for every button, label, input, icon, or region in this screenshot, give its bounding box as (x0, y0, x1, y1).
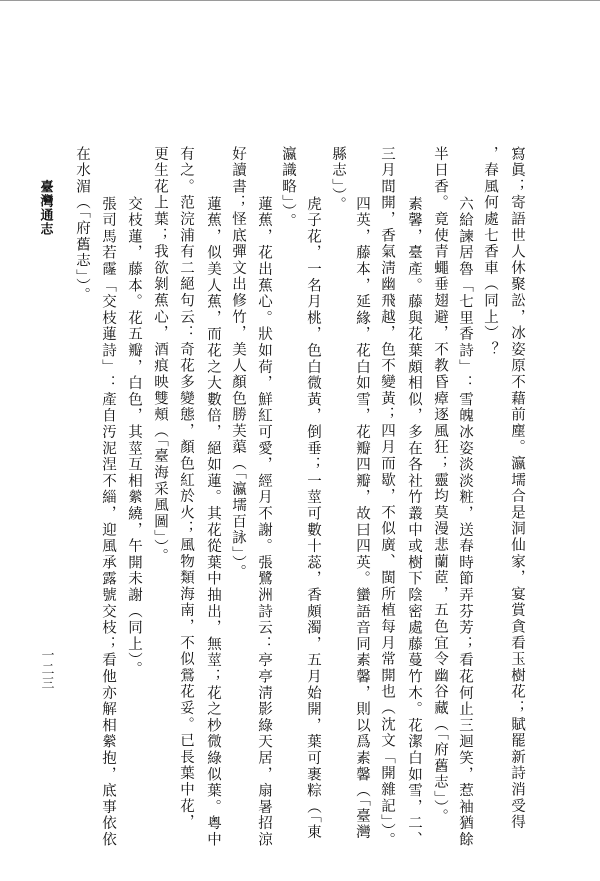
text-column: 好讀書；怪底彈文出修竹，美人顏色勝芙蕖（「瀛壖百詠」）。 (229, 146, 247, 581)
book-page: 臺灣通志 一二三 寫眞；寄語世人休聚訟，冰姿原不藉前塵。瀛壖合是洞仙家，宴賞貪看… (0, 0, 600, 881)
text-column: 寫眞；寄語世人休聚訟，冰姿原不藉前塵。瀛壖合是洞仙家，宴賞貪看玉樹花；賦罷新詩消… (508, 146, 526, 831)
text-column: 虎子花，一名月桃，色白微黃，倒垂；一莖可數十蕊，香頗濁，五月始開，葉可裹粽（「東 (304, 196, 322, 841)
page-number: 一二三 (37, 648, 56, 690)
text-column: 張司馬若霳「交枝蓮詩」：產自汚泥涅不緇，迎風承露號交枝；看他亦解相縈抱，底事依依 (99, 196, 117, 848)
text-column: 六給諫居魯「七里香詩」：雪魄冰姿淡淡粧，送春時節弄芬芳；看花何止三迴笑，惹袖猶餘 (456, 196, 474, 848)
text-column: 蓮蕉，似美人蕉，而花之大數倍，絕如蓮。其花從葉中抽出，無莖；花之杪微綠似葉。粵中 (204, 196, 222, 848)
text-column: 蓮蕉，花出蕉心。狀如荷，鮮紅可愛，經月不謝。張鷺洲詩云：亭亭淸影綠天居，扇暑招涼 (255, 196, 273, 848)
text-column: 縣志」）。 (329, 146, 347, 213)
text-column: ，春風何處七香車（同上）？ (481, 146, 499, 358)
text-column: 有之。范浣浦有二絕句云：奇花多變態，顏色紅於火；風物類海南，不似鶯花妥。已長葉中… (177, 146, 195, 831)
running-header: 臺灣通志 (36, 180, 55, 236)
text-column: 交枝蓮，藤本。花五瓣，白色，其莖互相縈繞，午開未謝（同上）。 (125, 196, 143, 678)
text-column: 四英，藤本，延緣，花白如雪，花瓣四瓣，故曰四英。蠻語音同素馨，則以爲素馨（「臺灣 (353, 196, 371, 841)
text-column: 三月間開，香氣淸幽飛越，色不變黃；四月而歇，不似廣、閩所植每月常開也（沈文「開雜… (378, 146, 396, 849)
text-column: 瀛識略」）。 (279, 146, 297, 229)
text-column: 半日香。竟使青蠅垂翅避，不教昏瘴逐風狂；靈均莫漫悲蘭茝，五色宜令幽谷藏（「府舊志… (431, 146, 449, 825)
text-column: 素馨，臺產。藤與花葉頗相似，多在各社竹叢中或樹下陰密處藤蔓竹木。花潔白如雪，二、 (405, 196, 423, 848)
text-column: 在水湄（「府舊志」）。 (73, 146, 91, 304)
text-column: 更生花上葉；我欲剝蕉心，酒痕映雙頰（「臺海采風圖」）。 (151, 146, 169, 564)
